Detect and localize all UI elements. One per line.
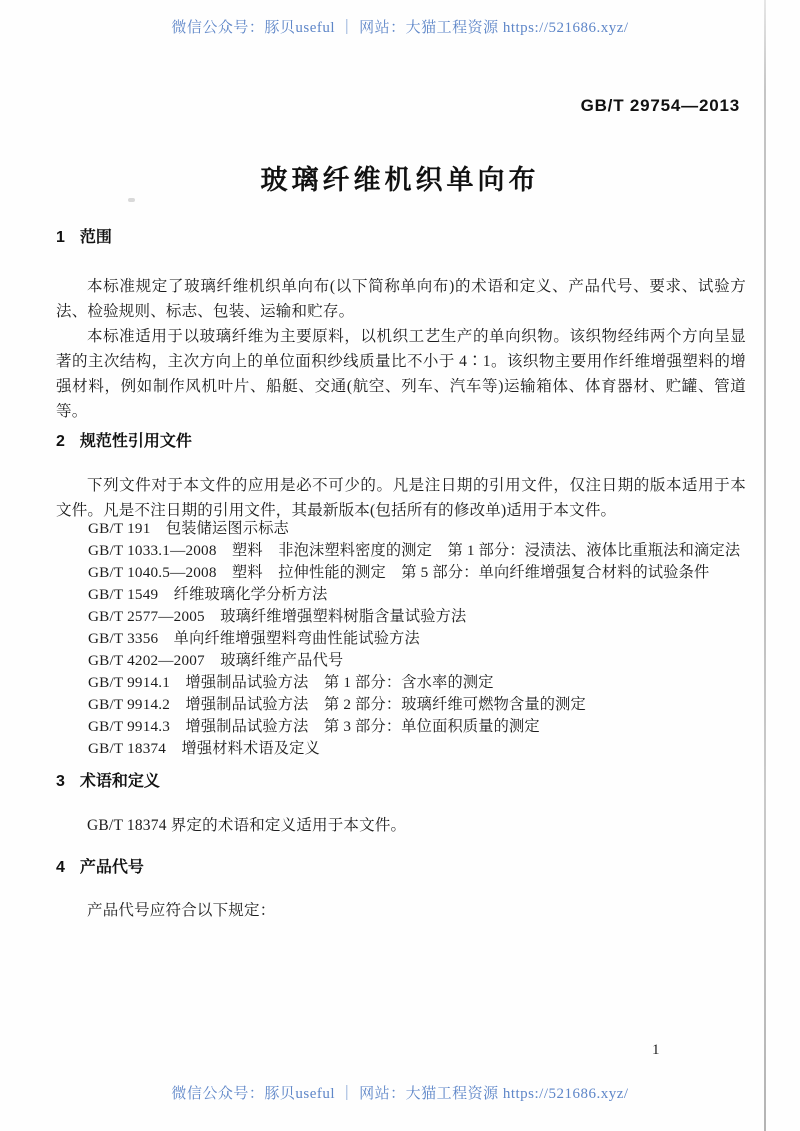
reference-item: GB/T 9914.3 增强制品试验方法 第 3 部分：单位面积质量的测定 xyxy=(88,716,746,738)
section-title: 术语和定义 xyxy=(80,773,160,790)
section-number: 2 xyxy=(56,433,65,450)
document-page: 微信公众号：豚贝useful ｜ 网站：大猫工程资源 https://52168… xyxy=(0,0,800,1131)
reference-item: GB/T 3356 单向纤维增强塑料弯曲性能试验方法 xyxy=(88,628,746,650)
paragraph: 本标准适用于以玻璃纤维为主要原料，以机织工艺生产的单向织物。该织物经纬两个方向呈… xyxy=(56,324,746,424)
paragraph: 下列文件对于本文件的应用是必不可少的。凡是注日期的引用文件，仅注日期的版本适用于… xyxy=(56,473,746,523)
section-title: 范围 xyxy=(80,229,112,246)
scan-smudge xyxy=(128,198,135,202)
section-heading-normative-references: 2规范性引用文件 xyxy=(56,432,746,452)
section-title: 规范性引用文件 xyxy=(80,433,192,450)
paragraph: 产品代号应符合以下规定： xyxy=(56,898,746,923)
reference-item: GB/T 1040.5—2008 塑料 拉伸性能的测定 第 5 部分：单向纤维增… xyxy=(88,562,746,584)
reference-item: GB/T 9914.2 增强制品试验方法 第 2 部分：玻璃纤维可燃物含量的测定 xyxy=(88,694,746,716)
page-title: 玻璃纤维机织单向布 xyxy=(0,158,800,197)
section-number: 4 xyxy=(56,859,65,876)
reference-item: GB/T 4202—2007 玻璃纤维产品代号 xyxy=(88,650,746,672)
paragraph: GB/T 18374 界定的术语和定义适用于本文件。 xyxy=(56,813,746,838)
section-number: 3 xyxy=(56,773,65,790)
reference-item: GB/T 1033.1—2008 塑料 非泡沫塑料密度的测定 第 1 部分：浸渍… xyxy=(88,540,746,562)
reference-item: GB/T 1549 纤维玻璃化学分析方法 xyxy=(88,584,746,606)
reference-list: GB/T 191 包装储运图示标志 GB/T 1033.1—2008 塑料 非泡… xyxy=(56,518,746,760)
reference-item: GB/T 2577—2005 玻璃纤维增强塑料树脂含量试验方法 xyxy=(88,606,746,628)
standard-number: GB/T 29754—2013 xyxy=(581,96,740,116)
section-title: 产品代号 xyxy=(80,859,144,876)
section-heading-scope: 1范围 xyxy=(56,228,746,248)
reference-item: GB/T 9914.1 增强制品试验方法 第 1 部分：含水率的测定 xyxy=(88,672,746,694)
section-number: 1 xyxy=(56,229,65,246)
section-heading-product-code: 4产品代号 xyxy=(56,858,746,878)
document-body: 1范围 本标准规定了玻璃纤维机织单向布(以下简称单向布)的术语和定义、产品代号、… xyxy=(56,228,746,923)
header-watermark: 微信公众号：豚贝useful ｜ 网站：大猫工程资源 https://52168… xyxy=(0,16,800,37)
paragraph: 本标准规定了玻璃纤维机织单向布(以下简称单向布)的术语和定义、产品代号、要求、试… xyxy=(56,274,746,324)
reference-item: GB/T 18374 增强材料术语及定义 xyxy=(88,738,746,760)
section-heading-terms-definitions: 3术语和定义 xyxy=(56,772,746,792)
page-number: 1 xyxy=(652,1042,660,1059)
footer-watermark: 微信公众号：豚贝useful ｜ 网站：大猫工程资源 https://52168… xyxy=(0,1082,800,1103)
